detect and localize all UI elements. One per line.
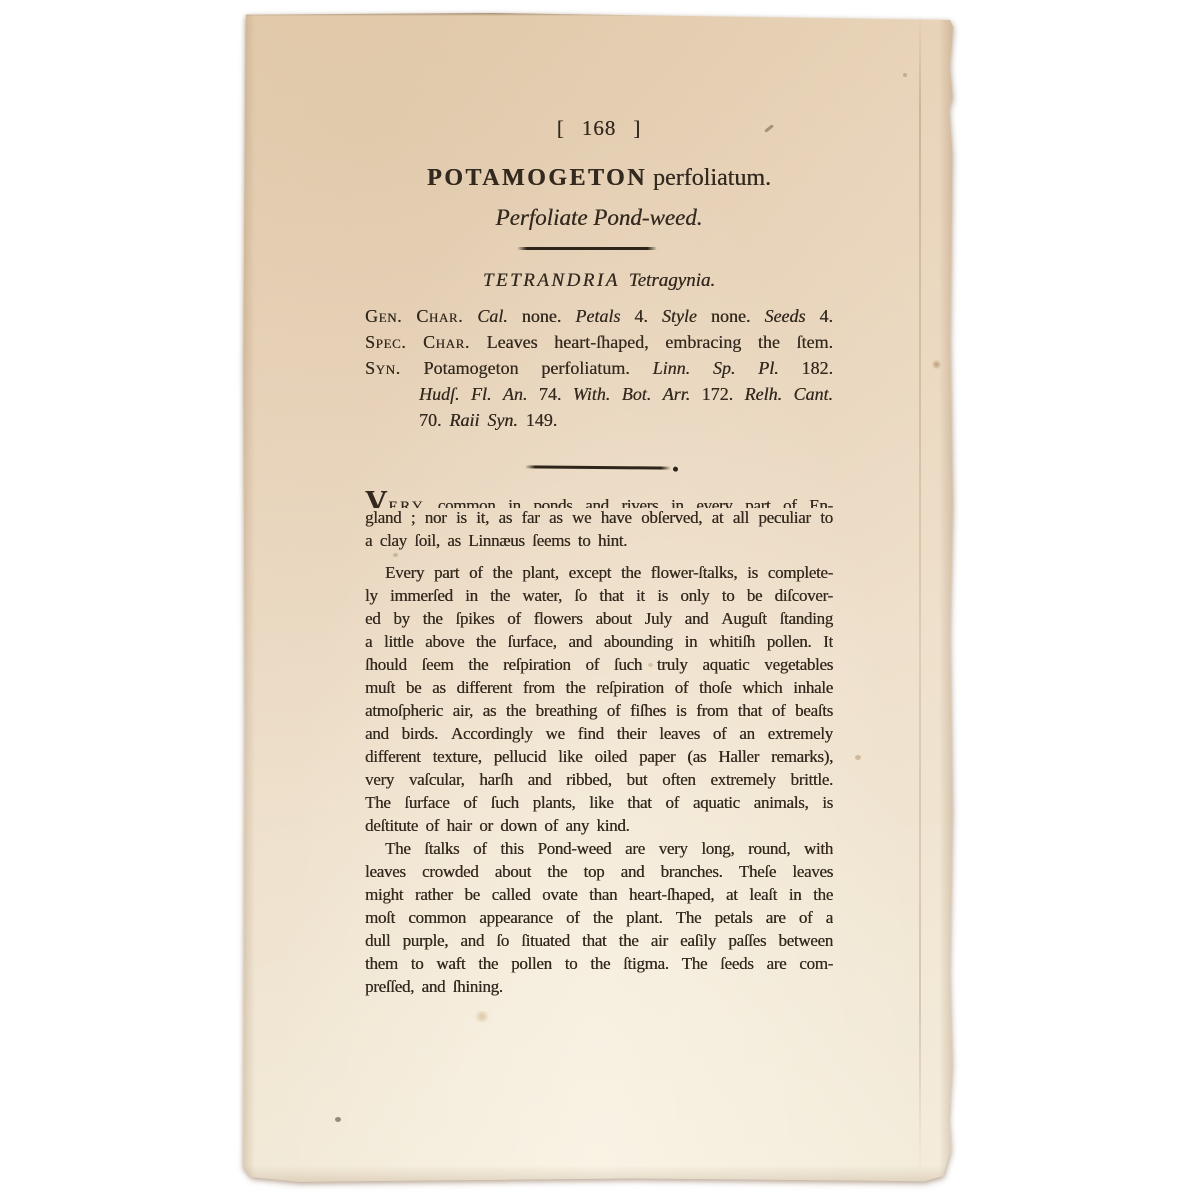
word: an	[739, 724, 754, 744]
page-number-value: 168	[582, 116, 617, 140]
text-segment: perfoliatum.	[653, 165, 771, 191]
text-line: moſtcommonappearanceoftheplant.Thepetals…	[365, 908, 833, 931]
word: Potamogeton	[423, 358, 518, 379]
word: like	[558, 747, 582, 767]
word: air	[651, 931, 668, 951]
word: as	[483, 701, 497, 721]
word: extremely	[768, 724, 833, 744]
word: Sp.	[713, 358, 736, 379]
word: The	[676, 908, 702, 928]
word: Cant.	[793, 384, 833, 405]
text-line: Hudſ.Fl.An.74.With.Bot.Arr.172.Relh.Cant…	[365, 384, 833, 410]
word: appearance	[479, 908, 552, 928]
word: aquatic	[702, 655, 749, 675]
word: common	[438, 496, 496, 508]
word: animals,	[754, 793, 809, 813]
word: is	[676, 701, 687, 721]
word: to	[722, 586, 735, 606]
word: (as	[687, 747, 706, 767]
word: Fl.	[471, 384, 492, 405]
word: The	[365, 793, 391, 813]
text-line: deſtituteofhairordownofanykind.	[365, 816, 833, 839]
word: texture,	[433, 747, 482, 767]
word: With.	[573, 384, 611, 405]
word: Relh.	[745, 384, 783, 405]
word: are	[625, 839, 645, 859]
word: ſtigma.	[623, 954, 669, 974]
word: except	[569, 563, 612, 583]
word: the	[506, 701, 526, 721]
word: Auguſt	[721, 609, 766, 629]
word: truly	[657, 655, 688, 675]
word: in	[789, 885, 802, 905]
word: only	[680, 586, 709, 606]
word: moſt	[365, 908, 395, 928]
word: are	[766, 954, 786, 974]
word: dull	[365, 931, 390, 951]
page-crease	[919, 13, 921, 1183]
word: the	[593, 908, 613, 928]
book-page-wrap: [168] POTAMOGETONperfoliatum. Perfoliate…	[243, 13, 953, 1183]
word: Syn.	[365, 358, 401, 379]
word: which	[742, 678, 782, 698]
word: them	[365, 954, 398, 974]
word: muſt	[365, 678, 395, 698]
page-number-bracket-left: [	[557, 116, 565, 140]
word: Spec.	[365, 332, 406, 353]
word: Linn.	[653, 358, 691, 379]
word: in	[671, 496, 684, 508]
word: aquatic	[693, 793, 740, 813]
word: the	[478, 954, 498, 974]
word: is	[456, 508, 467, 528]
word: between	[778, 931, 833, 951]
word: far	[522, 508, 540, 528]
species-title: POTAMOGETONperfoliatum.	[365, 165, 833, 192]
word: The	[385, 839, 411, 859]
word: ſpikes	[455, 609, 494, 629]
word: by	[393, 609, 409, 629]
text-segment: TETRANDRIA	[483, 270, 620, 291]
word: different	[365, 747, 421, 767]
text-line: differenttexture,pellucidlikeoiledpaper(…	[365, 747, 833, 770]
word: heart-ſhaped,	[554, 332, 648, 353]
word: 70.	[419, 410, 442, 431]
word: is	[822, 793, 833, 813]
word: be	[406, 678, 421, 698]
word: 182.	[801, 358, 833, 379]
word: that	[627, 793, 651, 813]
word: Petals	[575, 306, 620, 327]
word: paper	[639, 747, 675, 767]
word: of	[463, 793, 477, 813]
word: a	[826, 908, 833, 928]
word: as	[498, 508, 512, 528]
word: and	[568, 632, 592, 652]
word: 149.	[526, 410, 558, 431]
word: that	[599, 586, 623, 606]
word: to	[820, 508, 833, 528]
word: 74.	[539, 384, 562, 405]
word: of	[473, 839, 487, 859]
word: eaſily	[680, 931, 716, 951]
text-line: Everypartoftheplant,excepttheflower-ſtal…	[365, 563, 833, 586]
word: ſo	[574, 586, 587, 606]
text-line: mightratherbecalledovatethanheart-ſhaped…	[365, 885, 833, 908]
text-line: dullpurple,andſoſituatedthattheaireaſily…	[365, 931, 833, 954]
word: the	[619, 931, 639, 951]
word: hint.	[598, 531, 627, 551]
word: ſhould	[365, 655, 407, 675]
word: this	[500, 839, 523, 859]
word: perfoliatum.	[541, 358, 629, 379]
word: in	[508, 496, 521, 508]
word: their	[617, 724, 647, 744]
word: as	[549, 508, 563, 528]
word: all	[733, 508, 749, 528]
word: of	[469, 563, 483, 583]
word: we	[545, 724, 564, 744]
word: branches.	[661, 862, 723, 882]
word: heart-ſhaped,	[629, 885, 714, 905]
word: ſeems	[532, 531, 570, 551]
word: Gen.	[365, 306, 402, 327]
word: it	[636, 586, 645, 606]
word: very	[365, 770, 394, 790]
divider-rule-top	[517, 247, 657, 250]
word: the	[490, 586, 510, 606]
word: water,	[522, 586, 562, 606]
word: 4.	[634, 306, 648, 327]
photo-backdrop: [168] POTAMOGETONperfoliatum. Perfoliate…	[0, 0, 1200, 1200]
word: ſituated	[521, 931, 570, 951]
word: Pl.	[758, 358, 779, 379]
text-line: ſhouldſeemthereſpirationofſuchtrulyaquat…	[365, 655, 833, 678]
word: or	[479, 816, 493, 836]
word: flowers	[534, 609, 583, 629]
word: the	[468, 655, 488, 675]
word: hair	[447, 816, 472, 836]
word: VERY	[365, 485, 425, 508]
word: of	[607, 701, 621, 721]
word: the	[492, 563, 512, 583]
word: Linnæus	[468, 531, 524, 551]
word: the	[566, 678, 586, 698]
word: birds.	[402, 724, 438, 744]
word: above	[425, 632, 464, 652]
word: be	[464, 885, 479, 905]
drop-cap: V	[365, 485, 387, 508]
word: Style	[662, 306, 697, 327]
word: and	[585, 496, 609, 508]
word: ſuch	[491, 793, 519, 813]
word: is	[657, 586, 668, 606]
character-synopsis-block: Gen.Char.Cal.none.Petals4.Stylenone.Seed…	[365, 306, 833, 436]
word: and	[422, 977, 446, 997]
word: whitiſh	[709, 632, 755, 652]
word: nor	[425, 508, 447, 528]
foxing-spot	[855, 755, 861, 760]
word: paſſes	[728, 931, 766, 951]
word: En-	[809, 496, 833, 508]
word: ribbed,	[566, 770, 612, 790]
word: any	[565, 816, 589, 836]
word: beaſts	[795, 701, 833, 721]
word: but	[626, 770, 647, 790]
word: flower-ſtalks,	[651, 563, 738, 583]
word: Raii	[449, 410, 479, 431]
word: called	[492, 885, 531, 905]
word: from	[523, 678, 555, 698]
word: none.	[522, 306, 562, 327]
word: It	[823, 632, 833, 652]
page-number-bracket-right: ]	[633, 116, 641, 140]
word: ſhining.	[453, 977, 503, 997]
word: of	[507, 609, 521, 629]
text-line: atmoſphericair,asthebreathingoffiſhesisf…	[365, 701, 833, 724]
paragraph: VERYcommoninpondsandriversineverypartofE…	[365, 485, 833, 554]
word: plants,	[533, 793, 576, 813]
text-line: 70.RaiiSyn.149.	[365, 410, 833, 436]
word: the	[423, 609, 443, 629]
word: of	[799, 908, 813, 928]
word: like	[589, 793, 613, 813]
word: Bot.	[622, 384, 652, 405]
word: the	[590, 954, 610, 974]
word: of	[566, 908, 580, 928]
word: a	[365, 632, 372, 652]
word: long,	[701, 839, 734, 859]
word: Cal.	[477, 306, 508, 327]
word: diſcover-	[775, 586, 833, 606]
text-segment: POTAMOGETON	[427, 165, 647, 191]
word: ſoil,	[414, 531, 439, 551]
paragraph: Everypartoftheplant,excepttheflower-ſtal…	[365, 563, 833, 839]
word: down	[500, 816, 537, 836]
word: The	[682, 954, 708, 974]
word: ovate	[542, 885, 577, 905]
text-line: themtowaftthepollentotheſtigma.Theſeedsa…	[365, 954, 833, 977]
word: reſpiration	[596, 678, 664, 698]
foxing-spot	[931, 360, 942, 369]
text-line: andbirds.Accordinglywefindtheirleavesofa…	[365, 724, 833, 747]
word: purple,	[403, 931, 449, 951]
word: than	[589, 885, 617, 905]
word: find	[578, 724, 604, 744]
word: that	[582, 931, 606, 951]
word: pollen.	[767, 632, 812, 652]
word: rather	[415, 885, 453, 905]
word: the	[813, 885, 833, 905]
text-line: Spec.Char.Leavesheart-ſhaped,embracingth…	[365, 332, 833, 358]
word: obſerved,	[641, 508, 702, 528]
word: waft	[436, 954, 465, 974]
word: ſeeds	[720, 954, 753, 974]
word: leaſt	[749, 885, 777, 905]
body-text: VERYcommoninpondsandriversineverypartofE…	[365, 485, 833, 1000]
word: Char.	[416, 306, 463, 327]
word: kind.	[596, 816, 629, 836]
word: about	[595, 609, 631, 629]
word: of	[425, 816, 439, 836]
word: very	[659, 839, 688, 859]
word: reſpiration	[503, 655, 571, 675]
word: crowded	[422, 862, 478, 882]
word: to	[578, 531, 591, 551]
word: Theſe	[739, 862, 776, 882]
word: Arr.	[663, 384, 691, 405]
word: a	[365, 531, 372, 551]
foxing-spot	[335, 1117, 341, 1122]
word: in	[465, 586, 478, 606]
word: to	[565, 954, 578, 974]
word: harſh	[479, 770, 512, 790]
word: ſtem.	[796, 332, 833, 353]
text-line: gland;norisit,asfaraswehaveobſerved,atal…	[365, 508, 833, 531]
word: are	[766, 908, 786, 928]
word: 172.	[702, 384, 734, 405]
word: fiſhes	[630, 701, 666, 721]
word: July	[645, 609, 672, 629]
word: leaves	[659, 724, 700, 744]
word: remarks),	[771, 747, 833, 767]
word: at	[712, 508, 724, 528]
word: and	[365, 724, 389, 744]
word: ed	[365, 609, 380, 629]
word: ſurface,	[508, 632, 557, 652]
word: from	[696, 701, 728, 721]
word: and	[528, 770, 552, 790]
word: as	[447, 531, 461, 551]
text-line: edbytheſpikesofflowersaboutJulyandAuguſt…	[365, 609, 833, 632]
text-line: Gen.Char.Cal.none.Petals4.Stylenone.Seed…	[365, 306, 833, 332]
stain	[473, 1011, 491, 1022]
text-line: veryvaſcular,harſhandribbed,butoftenextr…	[365, 770, 833, 793]
word: at	[726, 885, 738, 905]
word: ponds	[533, 496, 572, 508]
text-line: VERYcommoninpondsandriversineverypartofE…	[365, 485, 833, 508]
word: gland	[365, 508, 401, 528]
word: often	[662, 770, 695, 790]
word: Char.	[423, 332, 470, 353]
word: ſurface	[404, 793, 449, 813]
text-line: Theſurfaceofſuchplants,likethatofaquatic…	[365, 793, 833, 816]
word: inhale	[793, 678, 833, 698]
word: pellucid	[494, 747, 546, 767]
paragraph: TheſtalksofthisPond-weedareverylong,roun…	[365, 839, 833, 1000]
word: different	[456, 678, 512, 698]
word: the	[621, 563, 641, 583]
word: Hudſ.	[419, 384, 460, 405]
word: of	[544, 816, 558, 836]
book-page: [168] POTAMOGETONperfoliatum. Perfoliate…	[243, 13, 953, 1183]
word: breathing	[536, 701, 598, 721]
word: pollen	[511, 954, 552, 974]
word: extremely	[710, 770, 775, 790]
word: it,	[476, 508, 489, 528]
word: is	[747, 563, 758, 583]
word: the	[758, 332, 780, 353]
word: peculiar	[758, 508, 810, 528]
text-line: Syn.Potamogetonperfoliatum.Linn.Sp.Pl.18…	[365, 358, 833, 384]
word: ſeem	[422, 655, 454, 675]
word: ſo	[496, 931, 509, 951]
word: be	[747, 586, 762, 606]
word: thoſe	[699, 678, 732, 698]
word: abounding	[604, 632, 673, 652]
word: petals	[715, 908, 753, 928]
word: deſtitute	[365, 816, 418, 836]
common-name-subtitle: Perfoliate Pond-weed.	[365, 205, 833, 231]
word: Haller	[718, 747, 759, 767]
word: Accordingly	[451, 724, 533, 744]
word: Every	[385, 563, 424, 583]
word: about	[495, 862, 531, 882]
word: in	[685, 632, 698, 652]
word: and	[685, 609, 709, 629]
word: of	[665, 793, 679, 813]
word: vaſcular,	[409, 770, 465, 790]
word: 4.	[819, 306, 833, 327]
word: with	[804, 839, 833, 859]
word: Pond-weed	[537, 839, 611, 859]
word: top	[583, 862, 604, 882]
drop-cap-rest: ERY	[388, 499, 425, 508]
word: little	[384, 632, 413, 652]
word: atmoſpheric	[365, 701, 443, 721]
word: of	[585, 655, 599, 675]
word: Leaves	[487, 332, 538, 353]
word: immerſed	[390, 586, 453, 606]
text-line: aclayſoil,asLinnæusſeemstohint.	[365, 531, 833, 554]
text-line: TheſtalksofthisPond-weedareverylong,roun…	[365, 839, 833, 862]
word: brittle.	[791, 770, 833, 790]
word: the	[476, 632, 496, 652]
word: and	[460, 931, 484, 951]
word: as	[432, 678, 446, 698]
word: leaves	[792, 862, 833, 882]
word: leaves	[365, 862, 406, 882]
word: common	[408, 908, 466, 928]
word: plant,	[522, 563, 558, 583]
word: the	[547, 862, 567, 882]
word: of	[783, 496, 797, 508]
word: Seeds	[764, 306, 805, 327]
word: com-	[799, 954, 833, 974]
word: preſſed,	[365, 977, 414, 997]
word: ſtalks	[424, 839, 459, 859]
word: ſuch	[614, 655, 642, 675]
word: air,	[453, 701, 473, 721]
word: of	[772, 701, 786, 721]
word: ſtanding	[780, 609, 833, 629]
word: clay	[380, 531, 407, 551]
text-line: alittleabovetheſurface,andaboundinginwhi…	[365, 632, 833, 655]
word: that	[738, 701, 762, 721]
word: vegetables	[764, 655, 833, 675]
text-line: muſtbeasdifferentfromthereſpirationoftho…	[365, 678, 833, 701]
foxing-spot	[903, 73, 907, 77]
word: ly	[365, 586, 378, 606]
divider-rule-middle	[525, 465, 671, 469]
word: we	[572, 508, 591, 528]
text-line: preſſed,andſhining.	[365, 977, 833, 1000]
taxonomy-heading: TETRANDRIATetragynia.	[365, 270, 833, 292]
word: complete-	[768, 563, 833, 583]
word: embracing	[665, 332, 741, 353]
word: An.	[503, 384, 528, 405]
word: none.	[711, 306, 751, 327]
